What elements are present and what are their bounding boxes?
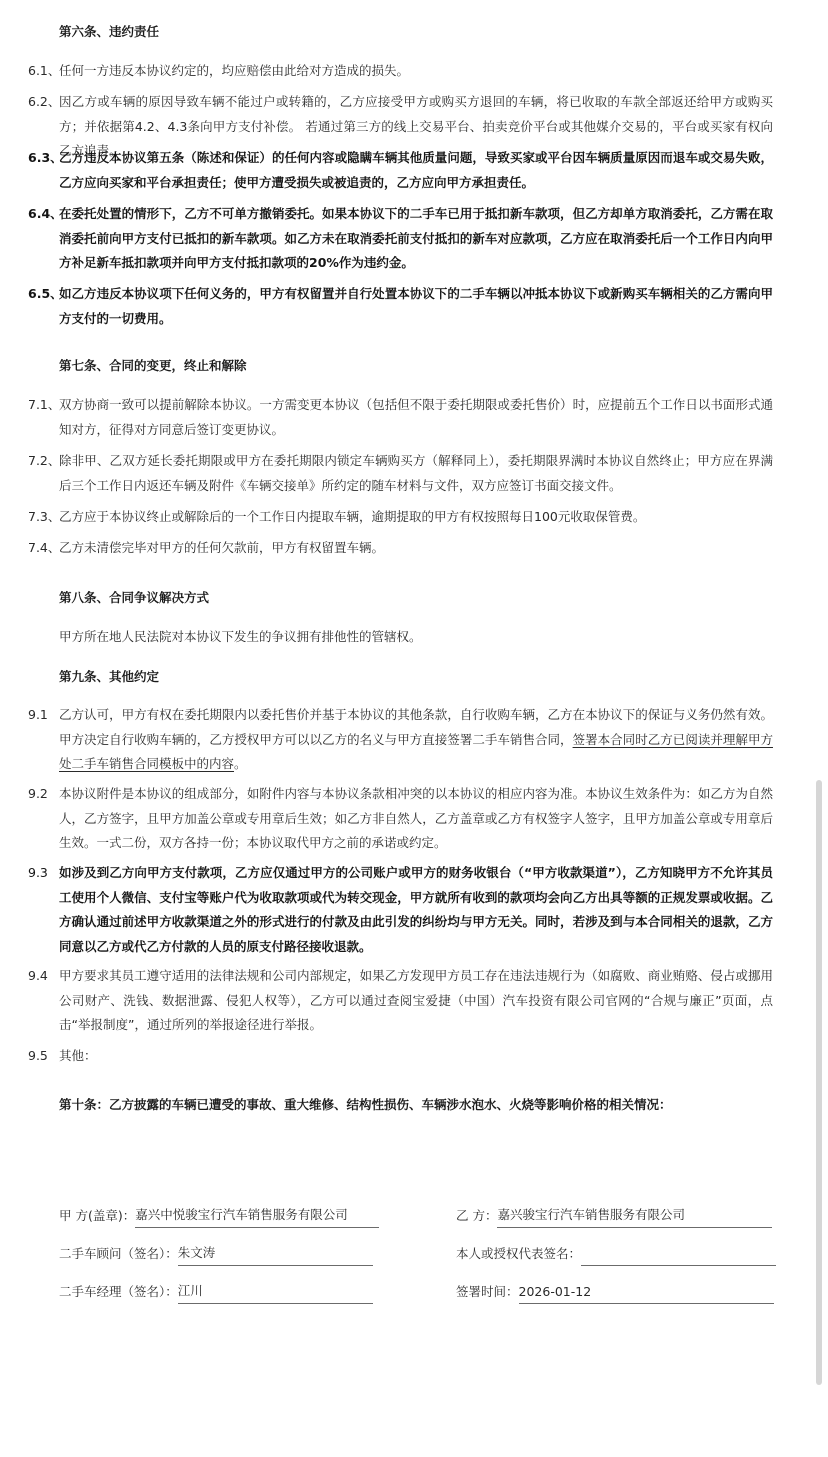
clause-text: 本协议附件是本协议的组成部分，如附件内容与本协议条款相冲突的以本协议的相应内容为… (59, 782, 773, 856)
clause-number: 6.4、 (28, 202, 63, 227)
clause-9-4: 9.4 甲方要求其员工遵守适用的法律法规和公司内部规定，如果乙方发现甲方员工存在… (28, 964, 773, 1038)
party-b-row: 乙 方： 嘉兴骏宝行汽车销售服务有限公司 (456, 1206, 772, 1228)
clause-text: 除非甲、乙双方延长委托期限或甲方在委托期限内锁定车辆购买方（解释同上），委托期限… (59, 449, 773, 498)
clause-text: 乙方违反本协议第五条（陈述和保证）的任何内容或隐瞒车辆其他质量问题，导致买家或平… (59, 146, 773, 195)
section-8-text: 甲方所在地人民法院对本协议下发生的争议拥有排他性的管辖权。 (59, 628, 422, 646)
clause-text: 在委托处置的情形下，乙方不可单方撤销委托。如果本协议下的二手车已用于抵扣新车款项… (59, 202, 773, 276)
clause-text: 任何一方违反本协议约定的，均应赔偿由此给对方造成的损失。 (59, 59, 773, 84)
vertical-scrollbar[interactable] (816, 780, 822, 1385)
clause-6-5: 6.5、 如乙方违反本协议项下任何义务的，甲方有权留置并自行处置本协议下的二手车… (28, 282, 773, 331)
clause-text: 如涉及到乙方向甲方支付款项，乙方应仅通过甲方的公司账户或甲方的财务收银台（“甲方… (59, 861, 773, 959)
date-label: 签署时间： (456, 1282, 519, 1304)
clause-text: 甲方要求其员工遵守适用的法律法规和公司内部规定，如果乙方发现甲方员工存在违法违规… (59, 964, 773, 1038)
clause-number: 6.3、 (28, 146, 63, 171)
clause-text: 其他： (59, 1044, 773, 1069)
manager-field[interactable]: 江川 (178, 1282, 373, 1304)
section-9-title: 第九条、其他约定 (59, 668, 159, 686)
advisor-field[interactable]: 朱文涛 (178, 1244, 373, 1266)
section-6-title: 第六条、违约责任 (59, 23, 159, 41)
advisor-label: 二手车顾问（签名）： (59, 1244, 178, 1266)
manager-row: 二手车经理（签名）： 江川 (59, 1282, 373, 1304)
section-8-title: 第八条、合同争议解决方式 (59, 589, 209, 607)
clause-6-3: 6.3、 乙方违反本协议第五条（陈述和保证）的任何内容或隐瞒车辆其他质量问题，导… (28, 146, 773, 195)
clause-text: 双方协商一致可以提前解除本协议。一方需变更本协议（包括但不限于委托期限或委托售价… (59, 393, 773, 442)
date-row: 签署时间： 2026-01-12 (456, 1282, 774, 1304)
clause-7-4: 7.4、 乙方未清偿完毕对甲方的任何欠款前，甲方有权留置车辆。 (28, 536, 773, 561)
section-7-title: 第七条、合同的变更，终止和解除 (59, 357, 247, 375)
clause-number: 6.2、 (28, 90, 60, 115)
clause-number: 7.3、 (28, 505, 60, 530)
clause-7-1: 7.1、 双方协商一致可以提前解除本协议。一方需变更本协议（包括但不限于委托期限… (28, 393, 773, 442)
date-field[interactable]: 2026-01-12 (519, 1282, 774, 1304)
rep-signature-field[interactable] (581, 1244, 776, 1266)
clause-number: 7.1、 (28, 393, 60, 418)
clause-text-tail: 。 (234, 756, 247, 771)
advisor-row: 二手车顾问（签名）： 朱文涛 (59, 1244, 373, 1266)
section-10-title: 第十条：乙方披露的车辆已遭受的事故、重大维修、结构性损伤、车辆涉水泡水、火烧等影… (59, 1096, 672, 1114)
clause-6-1: 6.1、 任何一方违反本协议约定的，均应赔偿由此给对方造成的损失。 (28, 59, 773, 84)
clause-text: 如乙方违反本协议项下任何义务的，甲方有权留置并自行处置本协议下的二手车辆以冲抵本… (59, 282, 773, 331)
clause-text: 乙方未清偿完毕对甲方的任何欠款前，甲方有权留置车辆。 (59, 536, 773, 561)
clause-text: 乙方认可，甲方有权在委托期限内以委托售价并基于本协议的其他条款，自行收购车辆，乙… (59, 703, 773, 777)
clause-9-3: 9.3 如涉及到乙方向甲方支付款项，乙方应仅通过甲方的公司账户或甲方的财务收银台… (28, 861, 773, 959)
clause-number: 9.4 (28, 964, 48, 989)
rep-label: 本人或授权代表签名： (456, 1244, 581, 1266)
clause-number: 6.1、 (28, 59, 60, 84)
clause-number: 7.4、 (28, 536, 60, 561)
clause-9-1: 9.1 乙方认可，甲方有权在委托期限内以委托售价并基于本协议的其他条款，自行收购… (28, 703, 773, 777)
party-a-field[interactable]: 嘉兴中悦骏宝行汽车销售服务有限公司 (135, 1206, 379, 1228)
rep-row: 本人或授权代表签名： (456, 1244, 776, 1266)
clause-7-3: 7.3、 乙方应于本协议终止或解除后的一个工作日内提取车辆，逾期提取的甲方有权按… (28, 505, 773, 530)
party-a-label: 甲 方(盖章)： (59, 1206, 135, 1228)
manager-label: 二手车经理（签名）： (59, 1282, 178, 1304)
clause-number: 7.2、 (28, 449, 60, 474)
clause-6-4: 6.4、 在委托处置的情形下，乙方不可单方撤销委托。如果本协议下的二手车已用于抵… (28, 202, 773, 276)
clause-number: 6.5、 (28, 282, 63, 307)
clause-number: 9.1 (28, 703, 48, 728)
clause-text: 乙方应于本协议终止或解除后的一个工作日内提取车辆，逾期提取的甲方有权按照每日10… (59, 505, 773, 530)
clause-number: 9.2 (28, 782, 48, 807)
clause-9-5: 9.5 其他： (28, 1044, 773, 1069)
clause-9-2: 9.2 本协议附件是本协议的组成部分，如附件内容与本协议条款相冲突的以本协议的相… (28, 782, 773, 856)
party-b-field[interactable]: 嘉兴骏宝行汽车销售服务有限公司 (497, 1206, 772, 1228)
party-a-row: 甲 方(盖章)： 嘉兴中悦骏宝行汽车销售服务有限公司 (59, 1206, 379, 1228)
clause-number: 9.5 (28, 1044, 48, 1069)
party-b-label: 乙 方： (456, 1206, 497, 1228)
contract-page: 第六条、违约责任 6.1、 任何一方违反本协议约定的，均应赔偿由此给对方造成的损… (0, 0, 828, 1457)
clause-7-2: 7.2、 除非甲、乙双方延长委托期限或甲方在委托期限内锁定车辆购买方（解释同上）… (28, 449, 773, 498)
clause-number: 9.3 (28, 861, 48, 886)
